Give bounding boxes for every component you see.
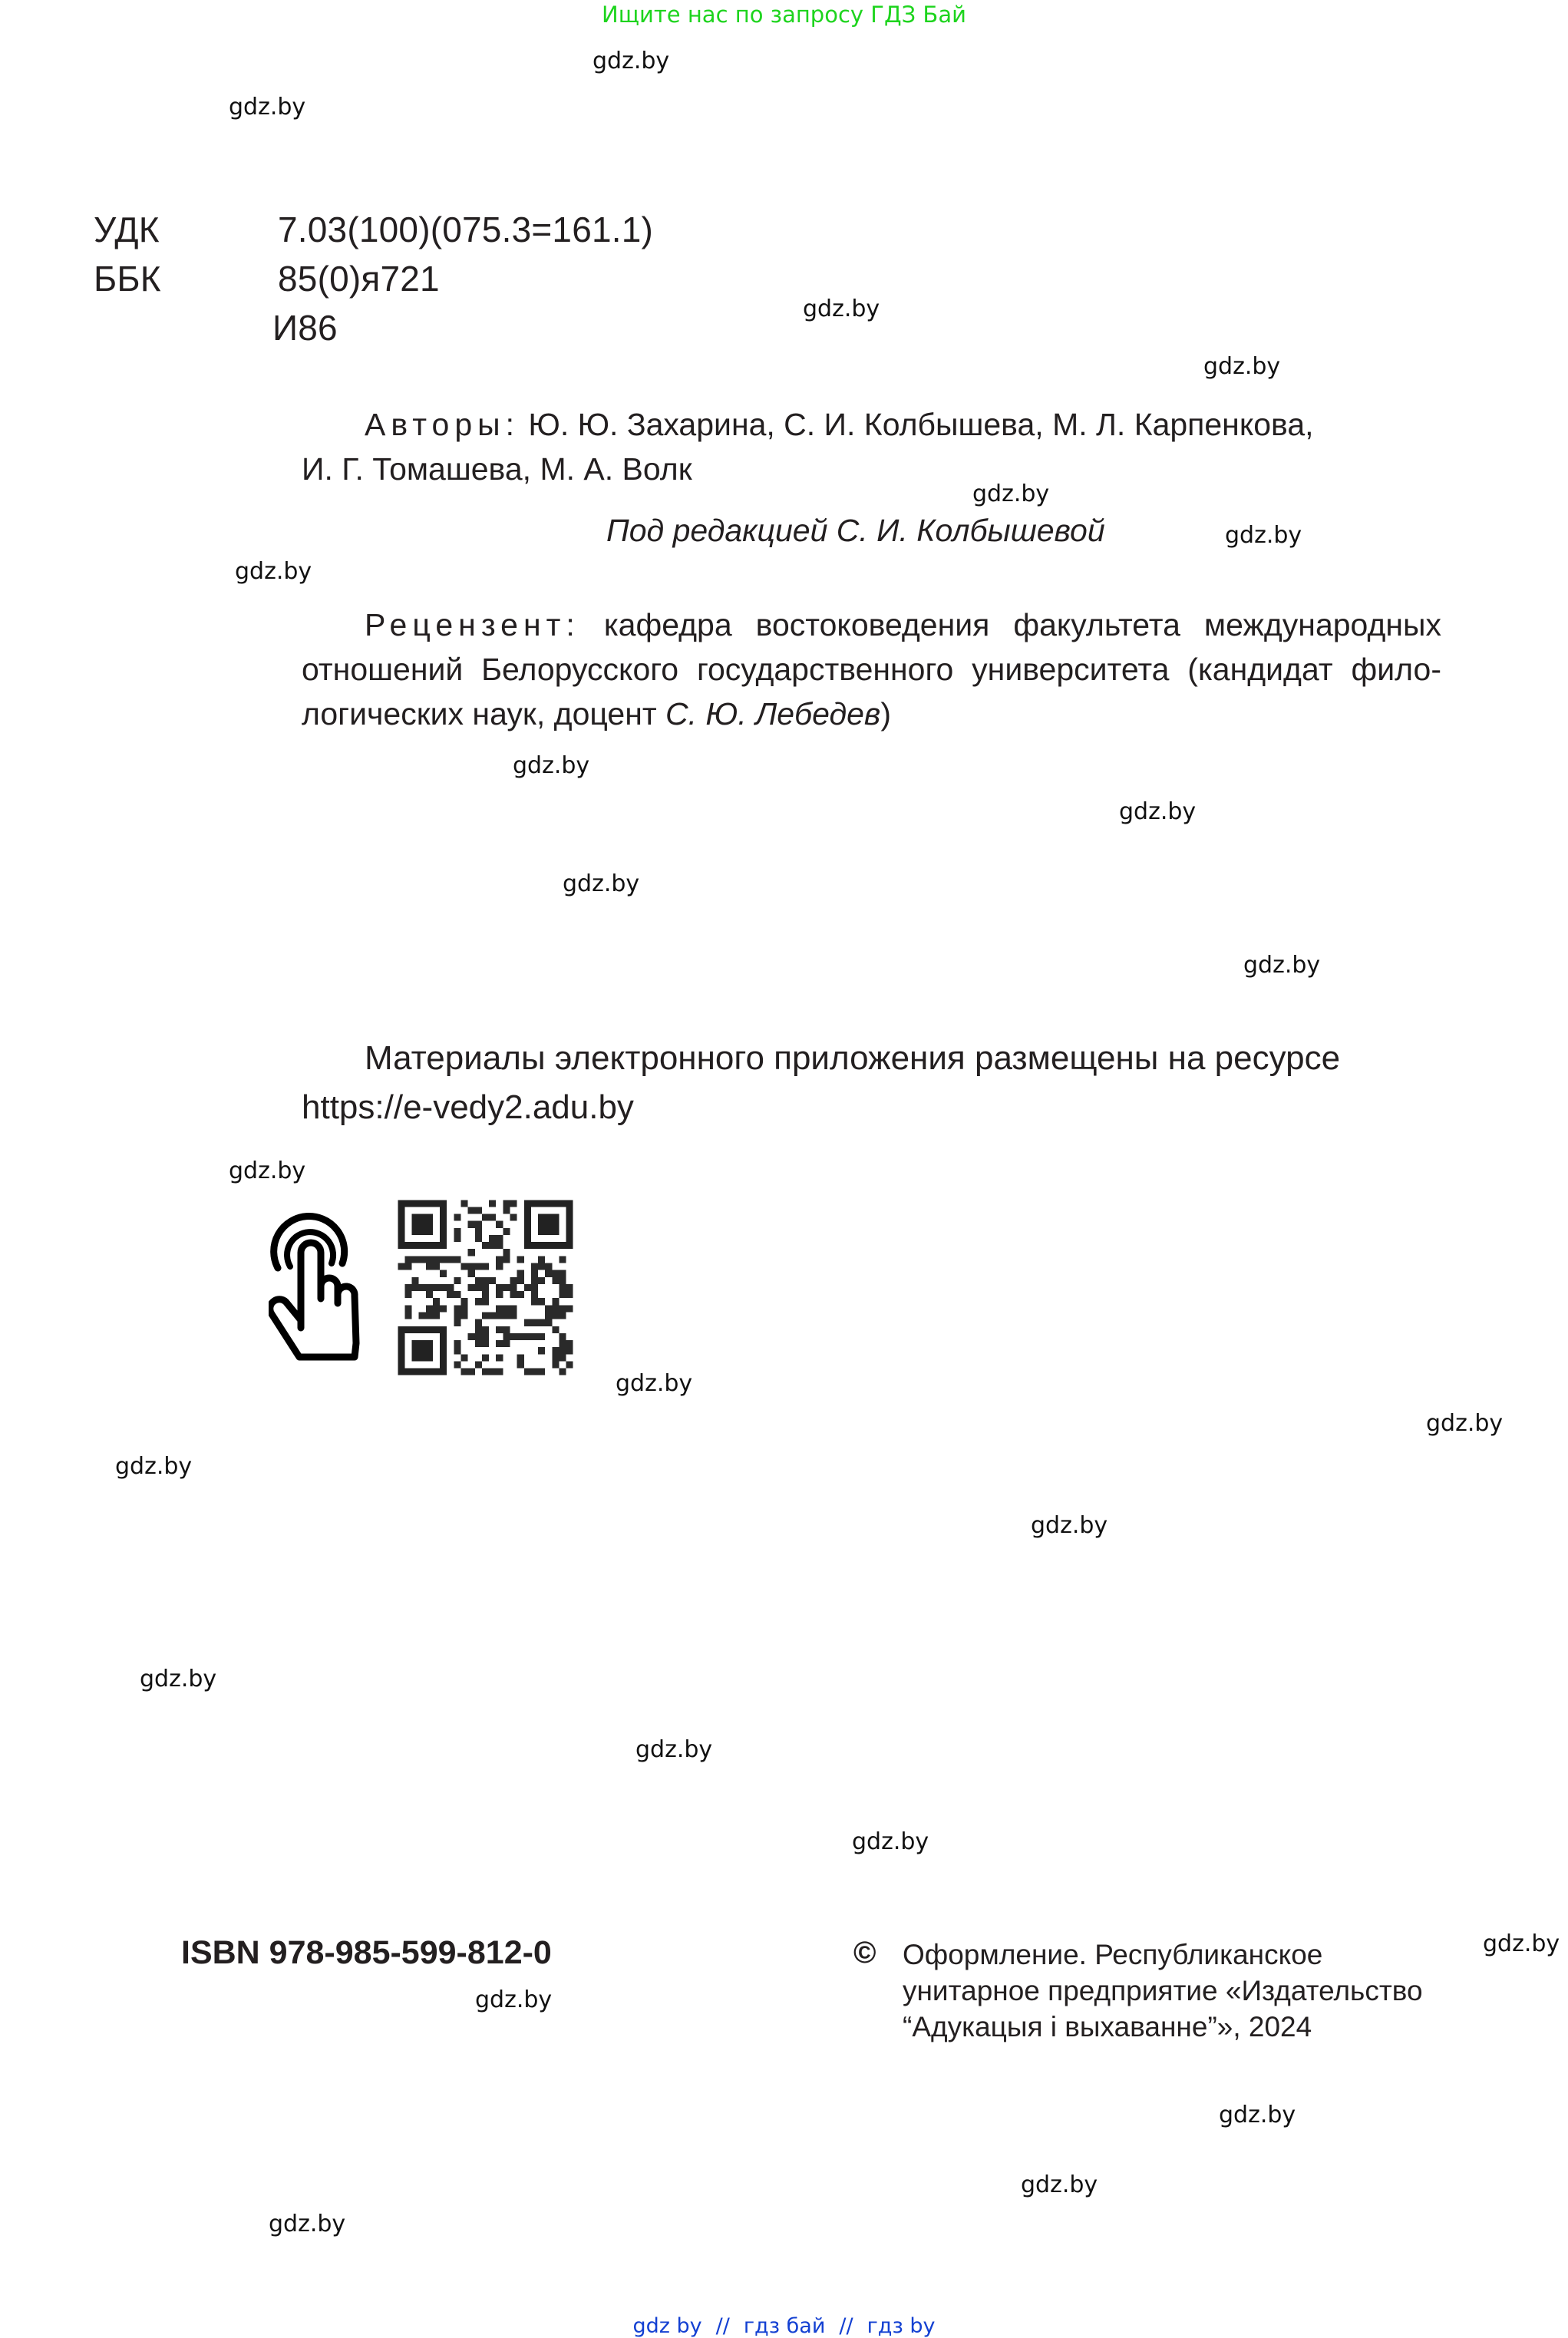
- watermark-text: gdz.by: [593, 48, 669, 74]
- tap-hand-icon: [269, 1213, 368, 1362]
- watermark-text: gdz.by: [235, 558, 312, 585]
- footer-links: gdz by//гдз бай//гдз by: [0, 2314, 1568, 2338]
- watermark-text: gdz.by: [1203, 353, 1280, 380]
- reviewer-name: С. Ю. Лебедев: [665, 696, 880, 731]
- watermark-text: gdz.by: [1483, 1930, 1560, 1957]
- author-mark: И86: [272, 307, 338, 348]
- watermark-text: gdz.by: [229, 1157, 305, 1184]
- authors-line1: Ю. Ю. Захарина, С. И. Колбышева, М. Л. К…: [528, 407, 1313, 442]
- watermark-text: gdz.by: [635, 1736, 712, 1763]
- footer-separator: //: [839, 2314, 853, 2338]
- catalog-block: УДК 7.03(100)(075.3=161.1) ББК 85(0)я721…: [0, 209, 767, 347]
- watermark-text: gdz.by: [1021, 2171, 1098, 2198]
- qr-code[interactable]: [384, 1186, 587, 1389]
- watermark-text: gdz.by: [852, 1828, 929, 1855]
- search-banner: Ищите нас по запросу ГДЗ Бай: [0, 2, 1568, 28]
- watermark-text: gdz.by: [616, 1370, 692, 1397]
- watermark-text: gdz.by: [1119, 798, 1196, 825]
- watermark-text: gdz.by: [229, 94, 305, 121]
- reviewer-label: Рецензент:: [365, 607, 580, 642]
- watermark-text: gdz.by: [115, 1453, 192, 1480]
- udk-label: УДК: [94, 209, 160, 250]
- watermark-text: gdz.by: [563, 870, 639, 897]
- editor-line: Под редакцией С. И. Колбышевой: [606, 513, 1105, 549]
- copyright-line: унитарное предприятие «Издательство: [903, 1973, 1423, 2009]
- watermark-text: gdz.by: [1243, 952, 1320, 979]
- watermark-text: gdz.by: [1031, 1512, 1108, 1539]
- copyright-line: Оформление. Республиканское: [903, 1937, 1423, 1973]
- authors-paragraph: Авторы: Ю. Ю. Захарина, С. И. Колбышева,…: [302, 402, 1441, 491]
- watermark-text: gdz.by: [140, 1666, 216, 1692]
- watermark-text: gdz.by: [1219, 2102, 1296, 2128]
- watermark-text: gdz.by: [1426, 1410, 1503, 1437]
- resource-url[interactable]: https://e-vedy2.adu.by: [302, 1088, 634, 1126]
- udk-value: 7.03(100)(075.3=161.1): [278, 209, 653, 250]
- footer-link[interactable]: gdz by: [632, 2314, 701, 2338]
- copyright-icon: ©: [853, 1935, 876, 1971]
- resource-paragraph: Материалы электронного приложения размещ…: [302, 1034, 1441, 1132]
- reviewer-paragraph: Рецензент: кафедра востоковедения факуль…: [302, 603, 1441, 736]
- copyright-line: “Адукацыя і выхаванне”», 2024: [903, 2009, 1423, 2045]
- watermark-text: gdz.by: [803, 296, 880, 322]
- watermark-text: gdz.by: [269, 2211, 345, 2237]
- watermark-text: gdz.by: [475, 1986, 552, 2013]
- reviewer-close: ): [880, 696, 891, 731]
- authors-label: Авторы:: [365, 407, 520, 442]
- isbn: ISBN 978-985-599-812-0: [181, 1934, 552, 1972]
- watermark-text: gdz.by: [513, 752, 589, 779]
- bbk-value: 85(0)я721: [278, 258, 440, 299]
- footer-separator: //: [716, 2314, 730, 2338]
- bbk-label: ББК: [94, 258, 161, 299]
- footer-link[interactable]: гдз by: [867, 2314, 936, 2338]
- authors-line2: И. Г. Томашева, М. А. Волк: [302, 451, 692, 487]
- watermark-text: gdz.by: [1225, 522, 1302, 549]
- footer-link[interactable]: гдз бай: [744, 2314, 826, 2338]
- resource-text: Материалы электронного приложения размещ…: [365, 1039, 1340, 1077]
